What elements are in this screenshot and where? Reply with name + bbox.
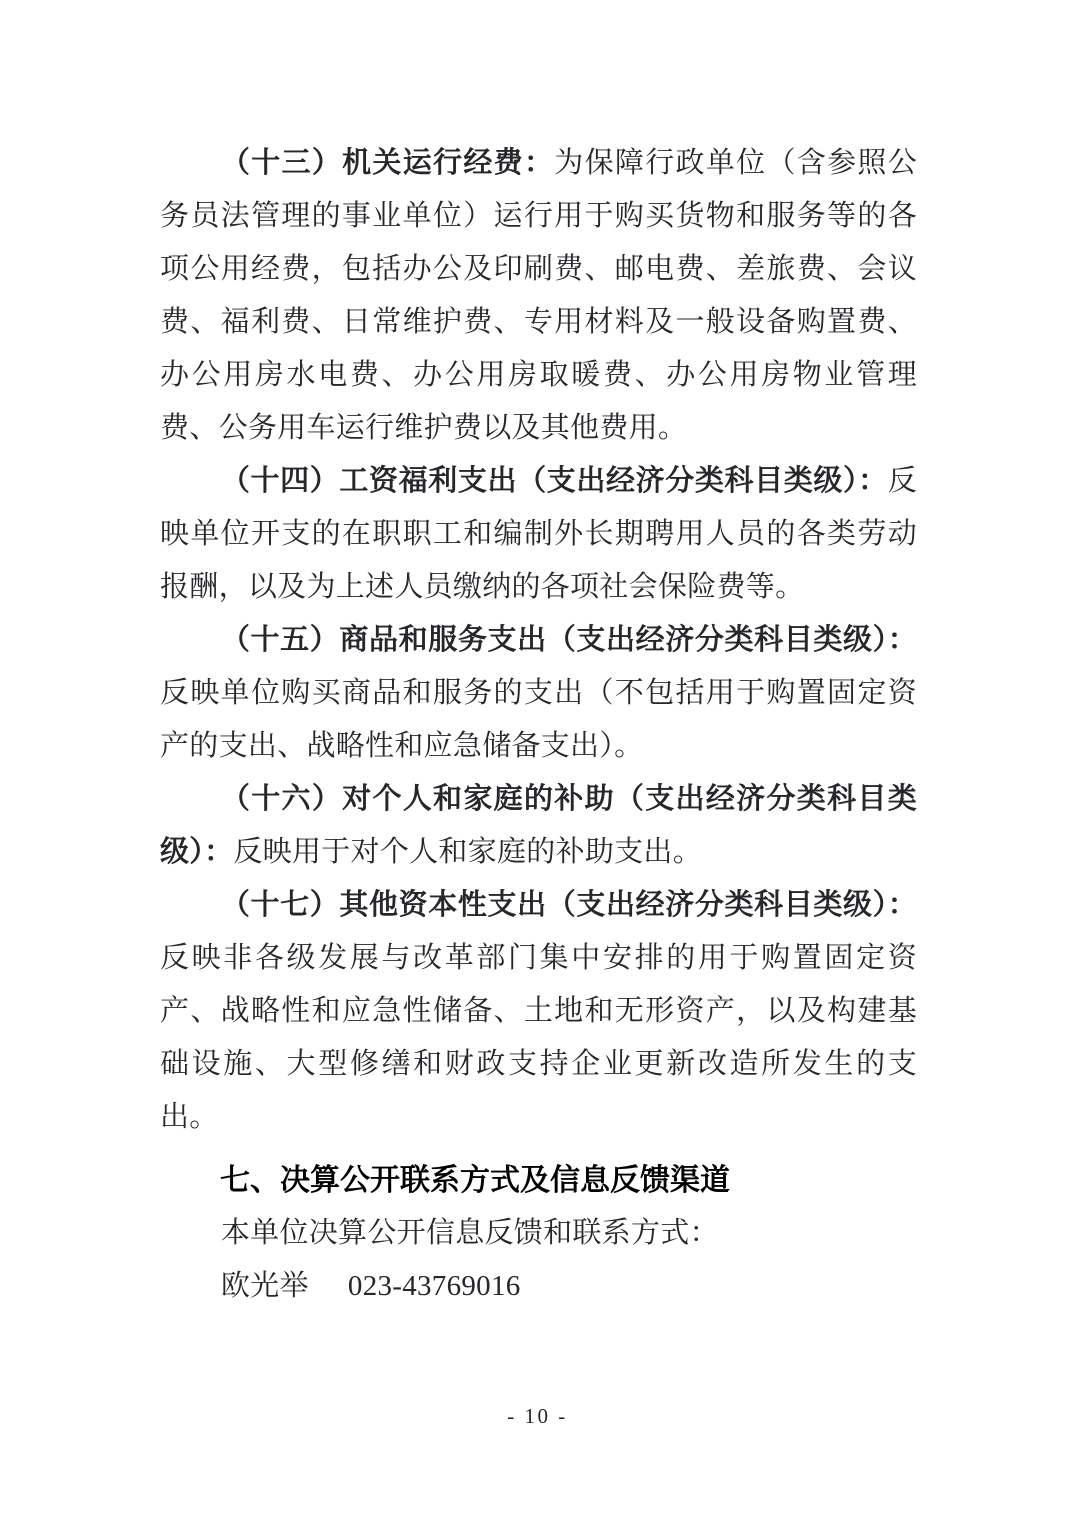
definition-paragraph-13: （十三）机关运行经费：为保障行政单位（含参照公务员法管理的事业单位）运行用于购买… bbox=[160, 137, 917, 455]
contact-line: 欧光举023-43769016 bbox=[160, 1260, 917, 1313]
definition-term: （十三）机关运行经费： bbox=[221, 147, 554, 179]
definition-term: （十七）其他资本性支出（支出经济分类科目类级）： bbox=[221, 889, 917, 921]
definition-body: 反映非各级发展与改革部门集中安排的用于购置固定资产、战略性和应急性储备、土地和无… bbox=[160, 942, 917, 1133]
definition-paragraph-17: （十七）其他资本性支出（支出经济分类科目类级）：反映非各级发展与改革部门集中安排… bbox=[160, 879, 917, 1144]
section-heading: 七、决算公开联系方式及信息反馈渠道 bbox=[160, 1154, 917, 1207]
definition-paragraph-15: （十五）商品和服务支出（支出经济分类科目类级）：反映单位购买商品和服务的支出（不… bbox=[160, 614, 917, 773]
definition-term: （十五）商品和服务支出（支出经济分类科目类级）： bbox=[221, 624, 917, 656]
definition-body: 为保障行政单位（含参照公务员法管理的事业单位）运行用于购买货物和服务等的各项公用… bbox=[160, 147, 917, 444]
definition-body: 反映用于对个人和家庭的补助支出。 bbox=[233, 836, 702, 868]
page-content: （十三）机关运行经费：为保障行政单位（含参照公务员法管理的事业单位）运行用于购买… bbox=[160, 137, 917, 1313]
document-page: （十三）机关运行经费：为保障行政单位（含参照公务员法管理的事业单位）运行用于购买… bbox=[0, 0, 1075, 1520]
page-number: - 10 - bbox=[0, 1402, 1075, 1430]
definition-body: 反映单位购买商品和服务的支出（不包括用于购置固定资产的支出、战略性和应急储备支出… bbox=[160, 677, 917, 762]
contact-name: 欧光举 bbox=[221, 1270, 309, 1302]
contact-phone: 023-43769016 bbox=[348, 1270, 521, 1302]
definition-term: （十四）工资福利支出（支出经济分类科目类级）： bbox=[221, 465, 888, 497]
contact-intro: 本单位决算公开信息反馈和联系方式： bbox=[160, 1207, 917, 1260]
definition-paragraph-14: （十四）工资福利支出（支出经济分类科目类级）：反映单位开支的在职职工和编制外长期… bbox=[160, 455, 917, 614]
definition-paragraph-16: （十六）对个人和家庭的补助（支出经济分类科目类级）：反映用于对个人和家庭的补助支… bbox=[160, 773, 917, 879]
